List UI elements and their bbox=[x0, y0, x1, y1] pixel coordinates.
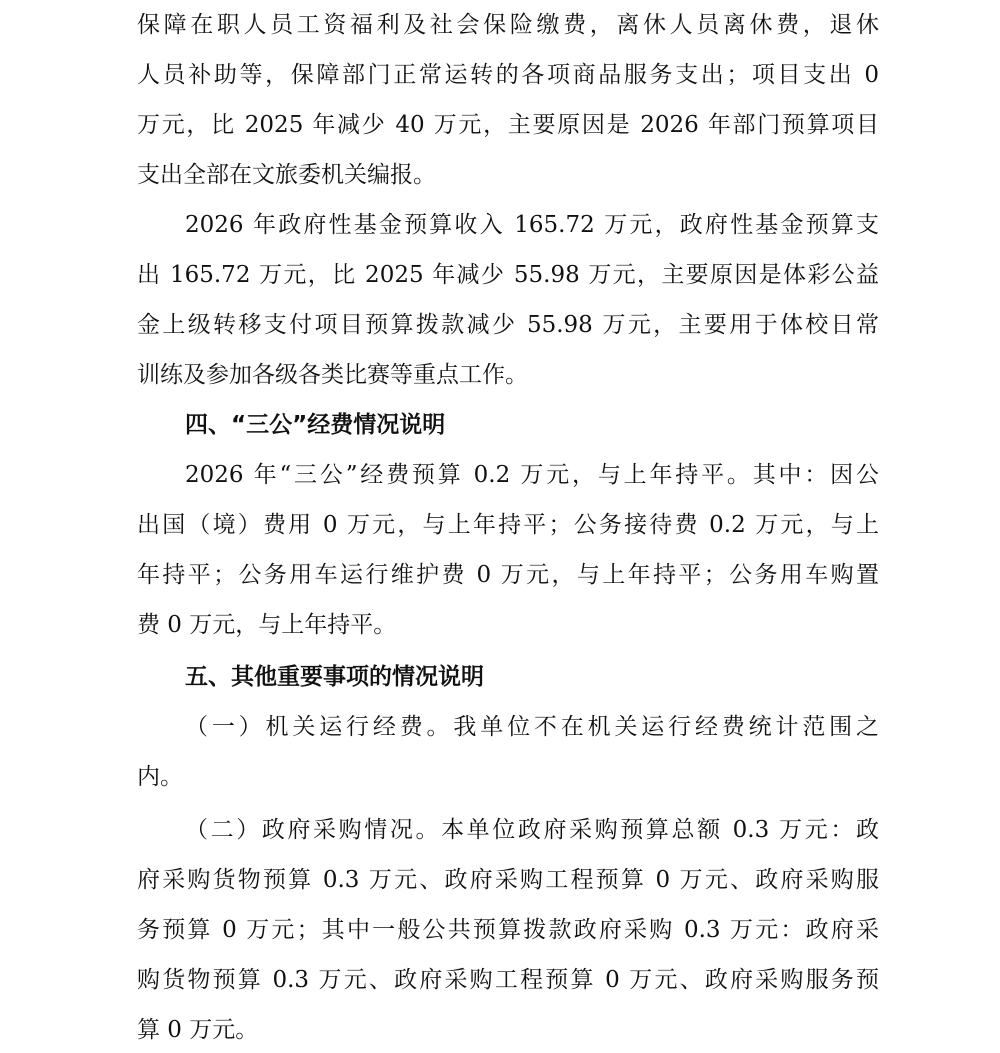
text-line: 保障在职人员工资福利及社会保险缴费，离休人员离休费，退休 bbox=[137, 7, 879, 43]
text-line: 务预算 0 万元；其中一般公共预算拨款政府采购 0.3 万元：政府采 bbox=[137, 912, 879, 948]
text-line: 人员补助等，保障部门正常运转的各项商品服务支出；项目支出 0 bbox=[137, 57, 879, 93]
text-line: 支出全部在文旅委机关编报。 bbox=[137, 157, 879, 193]
text-line: 费 0 万元，与上年持平。 bbox=[137, 607, 879, 643]
text-line: 购货物预算 0.3 万元、政府采购工程预算 0 万元、政府采购服务预 bbox=[137, 962, 879, 998]
text-line: 算 0 万元。 bbox=[137, 1012, 879, 1048]
text-line: （二）政府采购情况。本单位政府采购预算总额 0.3 万元：政 bbox=[185, 812, 879, 848]
text-line: 内。 bbox=[137, 759, 879, 795]
text-line: 府采购货物预算 0.3 万元、政府采购工程预算 0 万元、政府采购服 bbox=[137, 862, 879, 898]
text-line: 2026 年政府性基金预算收入 165.72 万元，政府性基金预算支 bbox=[185, 207, 879, 243]
text-line: 训练及参加各级各类比赛等重点工作。 bbox=[137, 357, 879, 393]
section-heading-three-public-expenses: 四、“三公”经费情况说明 bbox=[185, 407, 445, 443]
section-heading-other-matters: 五、其他重要事项的情况说明 bbox=[185, 659, 484, 695]
text-line: 出 165.72 万元，比 2025 年减少 55.98 万元，主要原因是体彩公… bbox=[137, 257, 879, 293]
text-line: （一）机关运行经费。我单位不在机关运行经费统计范围之 bbox=[185, 709, 879, 745]
text-line: 出国（境）费用 0 万元，与上年持平；公务接待费 0.2 万元，与上 bbox=[137, 507, 879, 543]
text-line: 万元，比 2025 年减少 40 万元，主要原因是 2026 年部门预算项目 bbox=[137, 107, 879, 143]
text-line: 金上级转移支付项目预算拨款减少 55.98 万元，主要用于体校日常 bbox=[137, 307, 879, 343]
text-line: 2026 年“三公”经费预算 0.2 万元，与上年持平。其中：因公 bbox=[185, 457, 879, 493]
text-line: 年持平；公务用车运行维护费 0 万元，与上年持平；公务用车购置 bbox=[137, 557, 879, 593]
